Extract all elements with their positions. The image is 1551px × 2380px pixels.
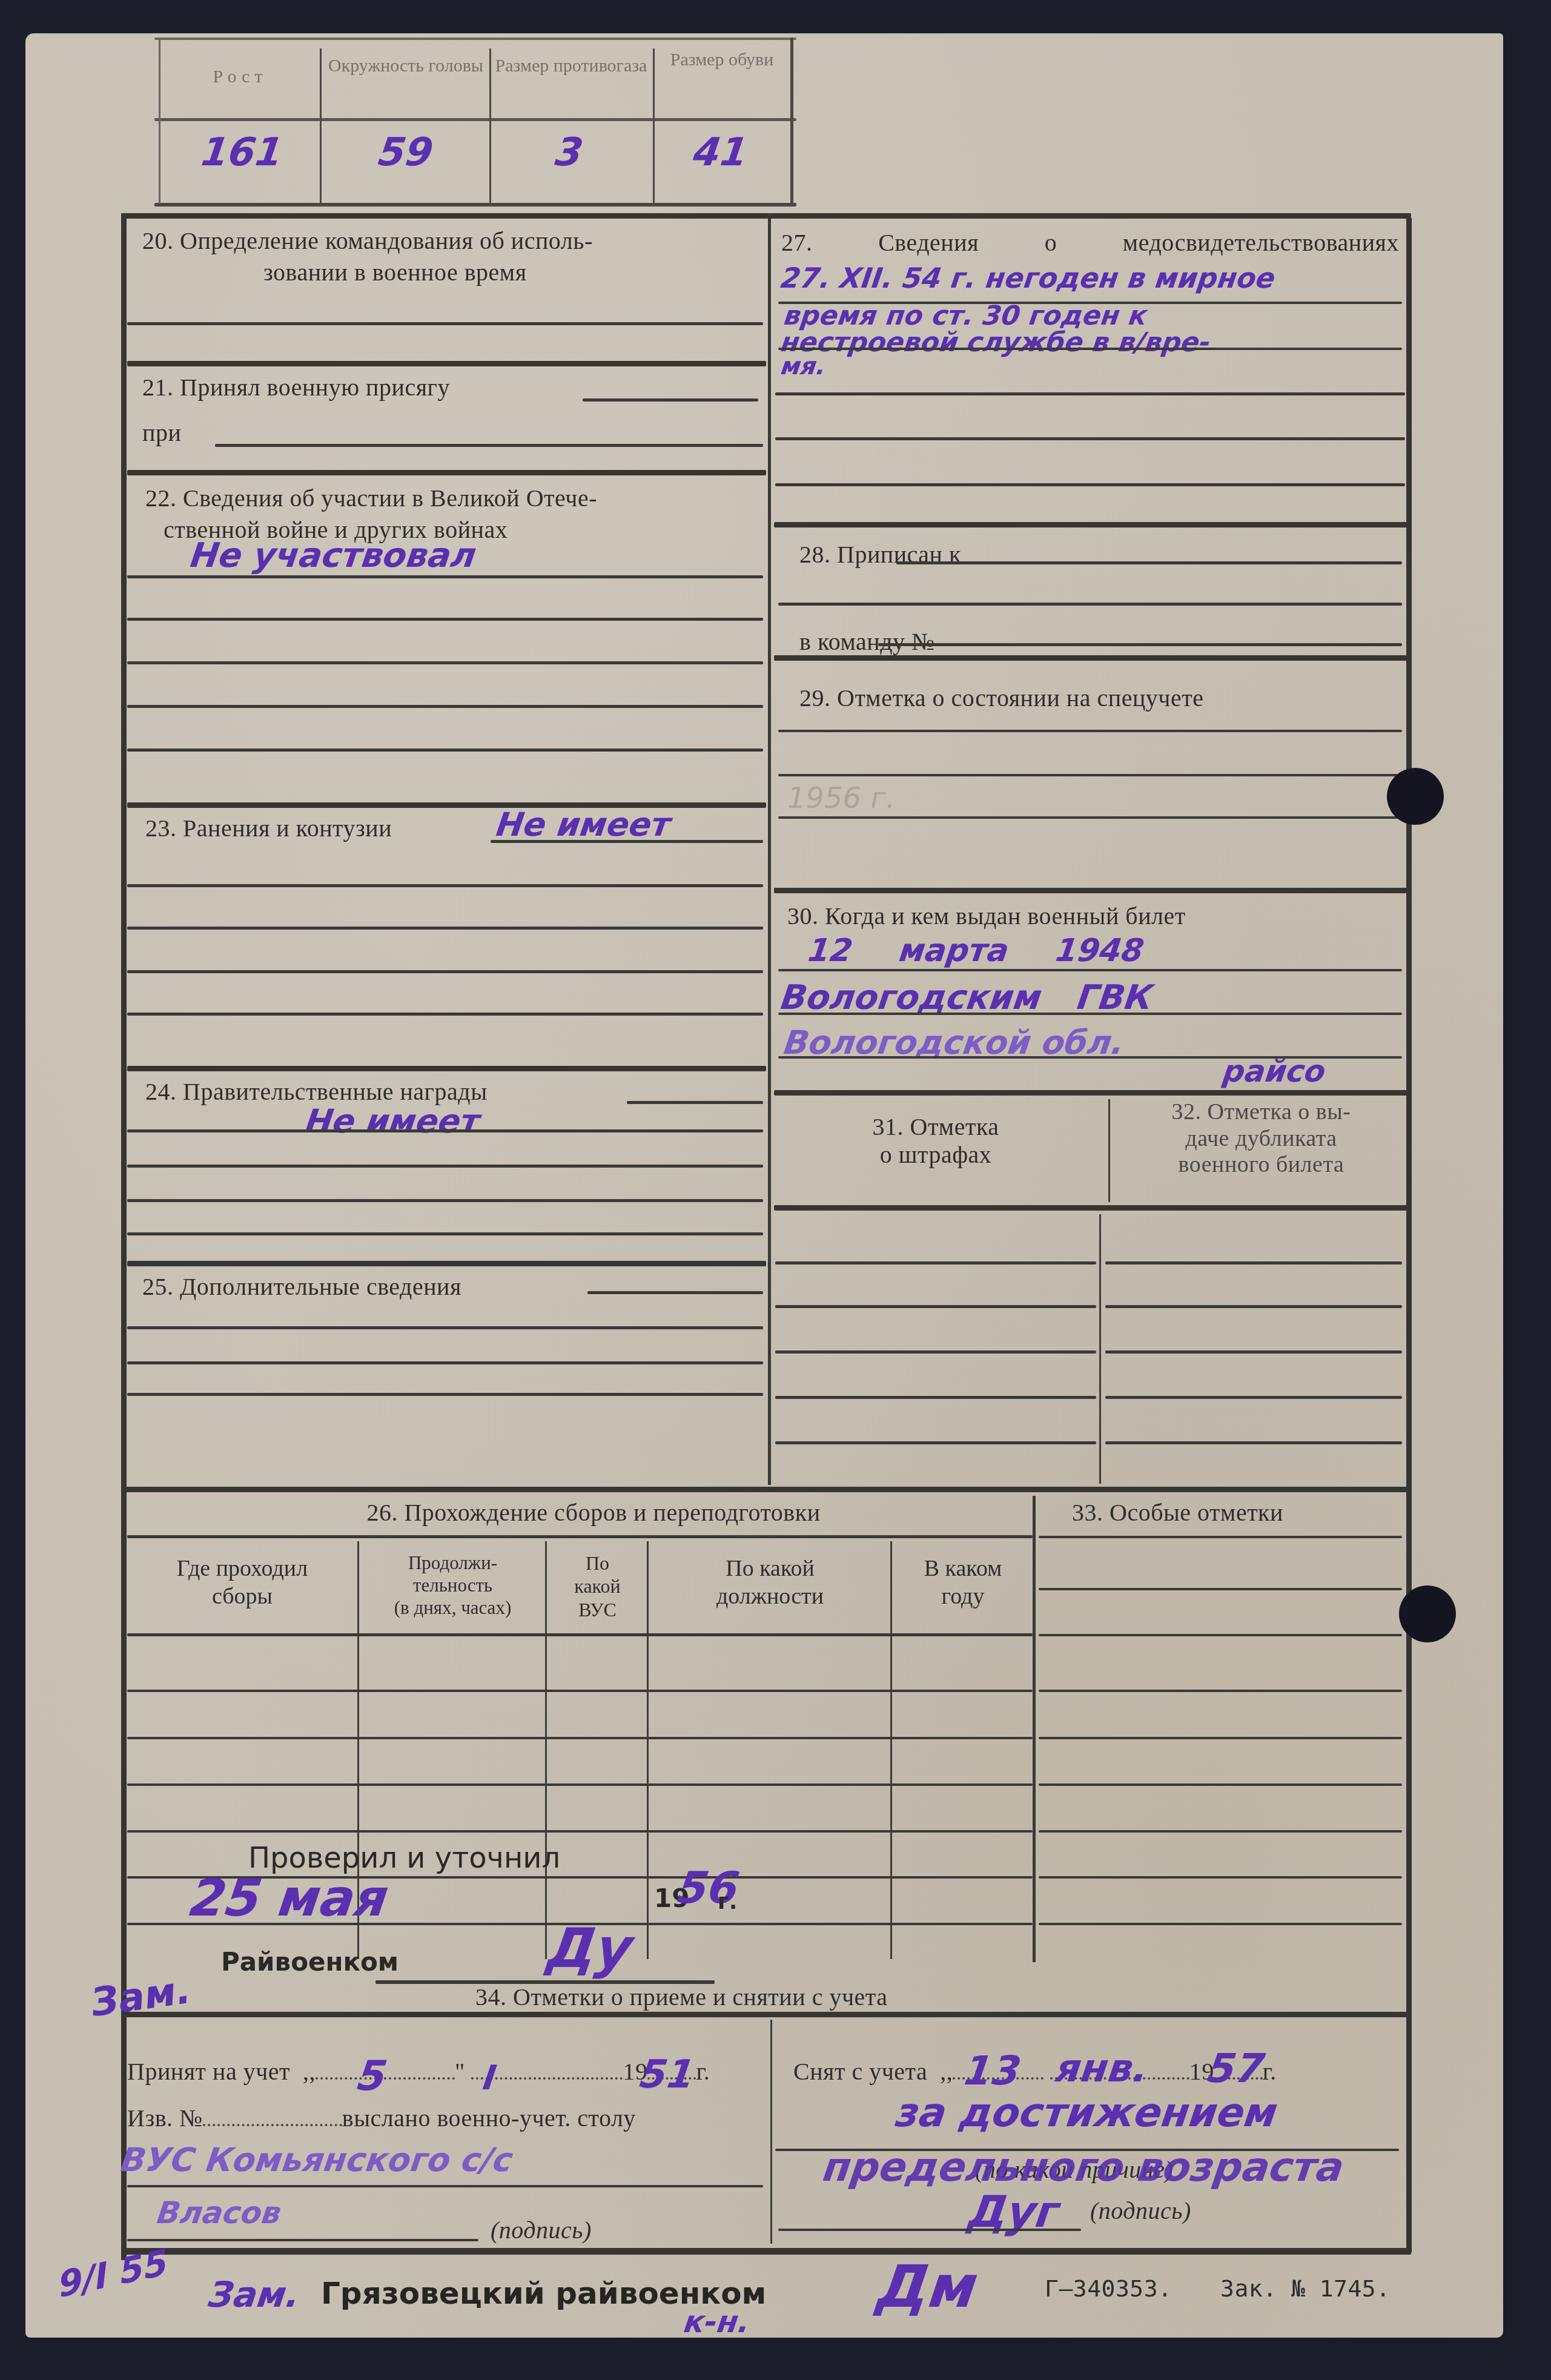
removed-reason-line1: за достижением (893, 2089, 1281, 2136)
col-header-vus: По какой ВУС (548, 1552, 647, 1621)
section-21-label: 21. Принял военную присягу (142, 374, 450, 402)
section-29-label: 29. Отметка о состоянии на спецучете (799, 684, 1203, 712)
quote-open: ,, (934, 2058, 953, 2085)
accepted-month-field: I (471, 2077, 623, 2080)
footer-stamp-prefix: Зам. (206, 2274, 302, 2315)
quote-close: " (455, 2058, 465, 2085)
removed-month: янв. (1053, 2047, 1151, 2092)
section-32-label: 32. Отметка о вы- даче дубликата военног… (1117, 1099, 1405, 1178)
height-value: 161 (167, 130, 318, 175)
removed-year-field: 57 (1214, 2077, 1263, 2080)
section-34-title: 34. Отметки о приеме и снятии с учета (475, 1983, 888, 2011)
removed-signature-label: (подпись) (1090, 2197, 1191, 2225)
head-circumference-value: 59 (330, 130, 481, 175)
footer-form-code: Г—340353. (1045, 2276, 1172, 2302)
accepted-day-field: 5 (316, 2077, 455, 2080)
col-header-duration-line1: Продолжи- (360, 1552, 545, 1574)
verification-signature: Ду (544, 1917, 637, 1980)
col-header-where: Где проходил сборы (127, 1555, 357, 1610)
accepted-year-suffix: г. (696, 2058, 710, 2085)
section-31-label: 31. Отметка о штрафах (778, 1113, 1093, 1169)
section-27-line-1: 27. XII. 54 г. негоден в мирное (779, 262, 1277, 294)
removed-day: 13 (962, 2048, 1025, 2094)
section-20-label-line1: 20. Определение командования об исполь- (142, 227, 760, 255)
size-header-height: Рост (160, 67, 320, 88)
removed-reason-line2: предельного возраста (821, 2144, 1347, 2190)
section-32-label-line1: 32. Отметка о вы- (1117, 1099, 1405, 1126)
section-30-line-1: 12 марта 1948 (806, 933, 1146, 969)
section-25-label: 25. Дополнительные сведения (142, 1273, 461, 1301)
section-30-line-4: райсо (1221, 1054, 1328, 1089)
col-header-position-line2: должности (650, 1583, 890, 1611)
section-30-label: 30. Когда и кем выдан военный билет (787, 902, 1186, 930)
size-header-head-circumference: Окружность головы (324, 56, 488, 77)
section-23-handwritten: Не имеет (494, 805, 673, 844)
punch-hole-top (1387, 768, 1444, 825)
size-header-shoe: Размер обуви (655, 50, 789, 71)
notice-label-prefix: Изв. № (127, 2104, 203, 2132)
section-23-label: 23. Ранения и контузии (145, 815, 392, 842)
section-26-title: 26. Прохождение сборов и переподготовки (170, 1499, 1017, 1527)
verification-year-suffix: г. (718, 1889, 737, 1914)
accepted-year-field: 51 (647, 2077, 696, 2080)
section-32-label-line2: даче дубликата (1117, 1126, 1405, 1152)
removed-year: 57 (1205, 2046, 1268, 2092)
col-header-year-line2: году (893, 1583, 1033, 1611)
removed-label: Снят с учета (793, 2058, 927, 2085)
section-20-label-line2: зовании в военное время (263, 259, 748, 286)
removed-month-field: янв. (1050, 2077, 1189, 2080)
section-21-sub-label: при (142, 419, 181, 447)
footer-signature: Дм (873, 2253, 982, 2321)
section-24-handwritten: Не имеет (303, 1102, 483, 1140)
footer-order: Зак. № 1745. (1220, 2276, 1391, 2302)
col-header-year-line1: В каком (893, 1555, 1033, 1583)
accepted-label: Принят на учет (127, 2058, 290, 2085)
col-header-duration-line3: (в днях, часах) (360, 1596, 545, 1619)
col-header-vus-line1: По (548, 1552, 647, 1575)
col-header-duration: Продолжи- тельность (в днях, часах) (360, 1552, 545, 1619)
accepted-row: Принят на учет ,,5" I1951г. (127, 2058, 763, 2086)
col-header-duration-line2: тельность (360, 1574, 545, 1596)
section-32-label-line3: военного билета (1117, 1152, 1405, 1178)
quote-open: ,, (297, 2058, 316, 2085)
section-31-label-line1: 31. Отметка (778, 1113, 1093, 1141)
col-header-vus-line2: какой (548, 1575, 647, 1598)
footer-stamp-sub: к-н. (682, 2304, 752, 2339)
section-27-line-4: мя. (779, 352, 828, 380)
notice-handwritten: ВУС Комьянского с/с (119, 2141, 515, 2179)
section-31-label-line2: о штрафах (778, 1141, 1093, 1169)
size-header-gas-mask: Размер противогаза (492, 56, 650, 77)
section-27-label: 27. Сведения о медосвидетельствованиях (781, 229, 1399, 257)
shoe-size-value: 41 (657, 130, 784, 175)
notice-signature-label: (подпись) (491, 2216, 592, 2244)
notice-row: Изв. №выслано военно-учет. столу (127, 2104, 763, 2132)
col-header-position-line1: По какой (650, 1555, 890, 1583)
notice-signature: Власов (155, 2195, 283, 2230)
section-29-pencil-note: 1956 г. (787, 781, 895, 815)
removed-row: Снят с учета ,,13 янв.1957г. (793, 2058, 1411, 2086)
punch-hole-bottom (1399, 1585, 1456, 1642)
accepted-year: 51 (637, 2053, 698, 2098)
notice-number-field (203, 2124, 342, 2126)
section-30-line-2: Вологодским ГВК (778, 978, 1156, 1017)
removed-day-field: 13 (953, 2077, 1043, 2080)
col-header-vus-line3: ВУС (548, 1598, 647, 1621)
verification-role: Райвоенком (221, 1947, 398, 1977)
section-27-line-3: нестроевой службе в в/вре- (779, 327, 1212, 358)
col-header-position: По какой должности (650, 1555, 890, 1610)
col-header-where-line1: Где проходил (127, 1555, 357, 1583)
section-28-sub-label: в команду № (799, 628, 935, 656)
col-header-where-line2: сборы (127, 1583, 357, 1611)
gas-mask-size-value: 3 (494, 130, 645, 175)
col-header-year: В каком году (893, 1555, 1033, 1610)
section-22-label-line1: 22. Сведения об участии в Великой Отече- (145, 484, 763, 512)
verification-date: 25 мая (187, 1868, 392, 1928)
section-33-title: 33. Особые отметки (1072, 1499, 1283, 1527)
section-28-label: 28. Приписан к (799, 541, 961, 569)
notice-label-suffix: выслано военно-учет. столу (342, 2104, 636, 2132)
section-22-handwritten: Не участвовал (188, 536, 478, 575)
